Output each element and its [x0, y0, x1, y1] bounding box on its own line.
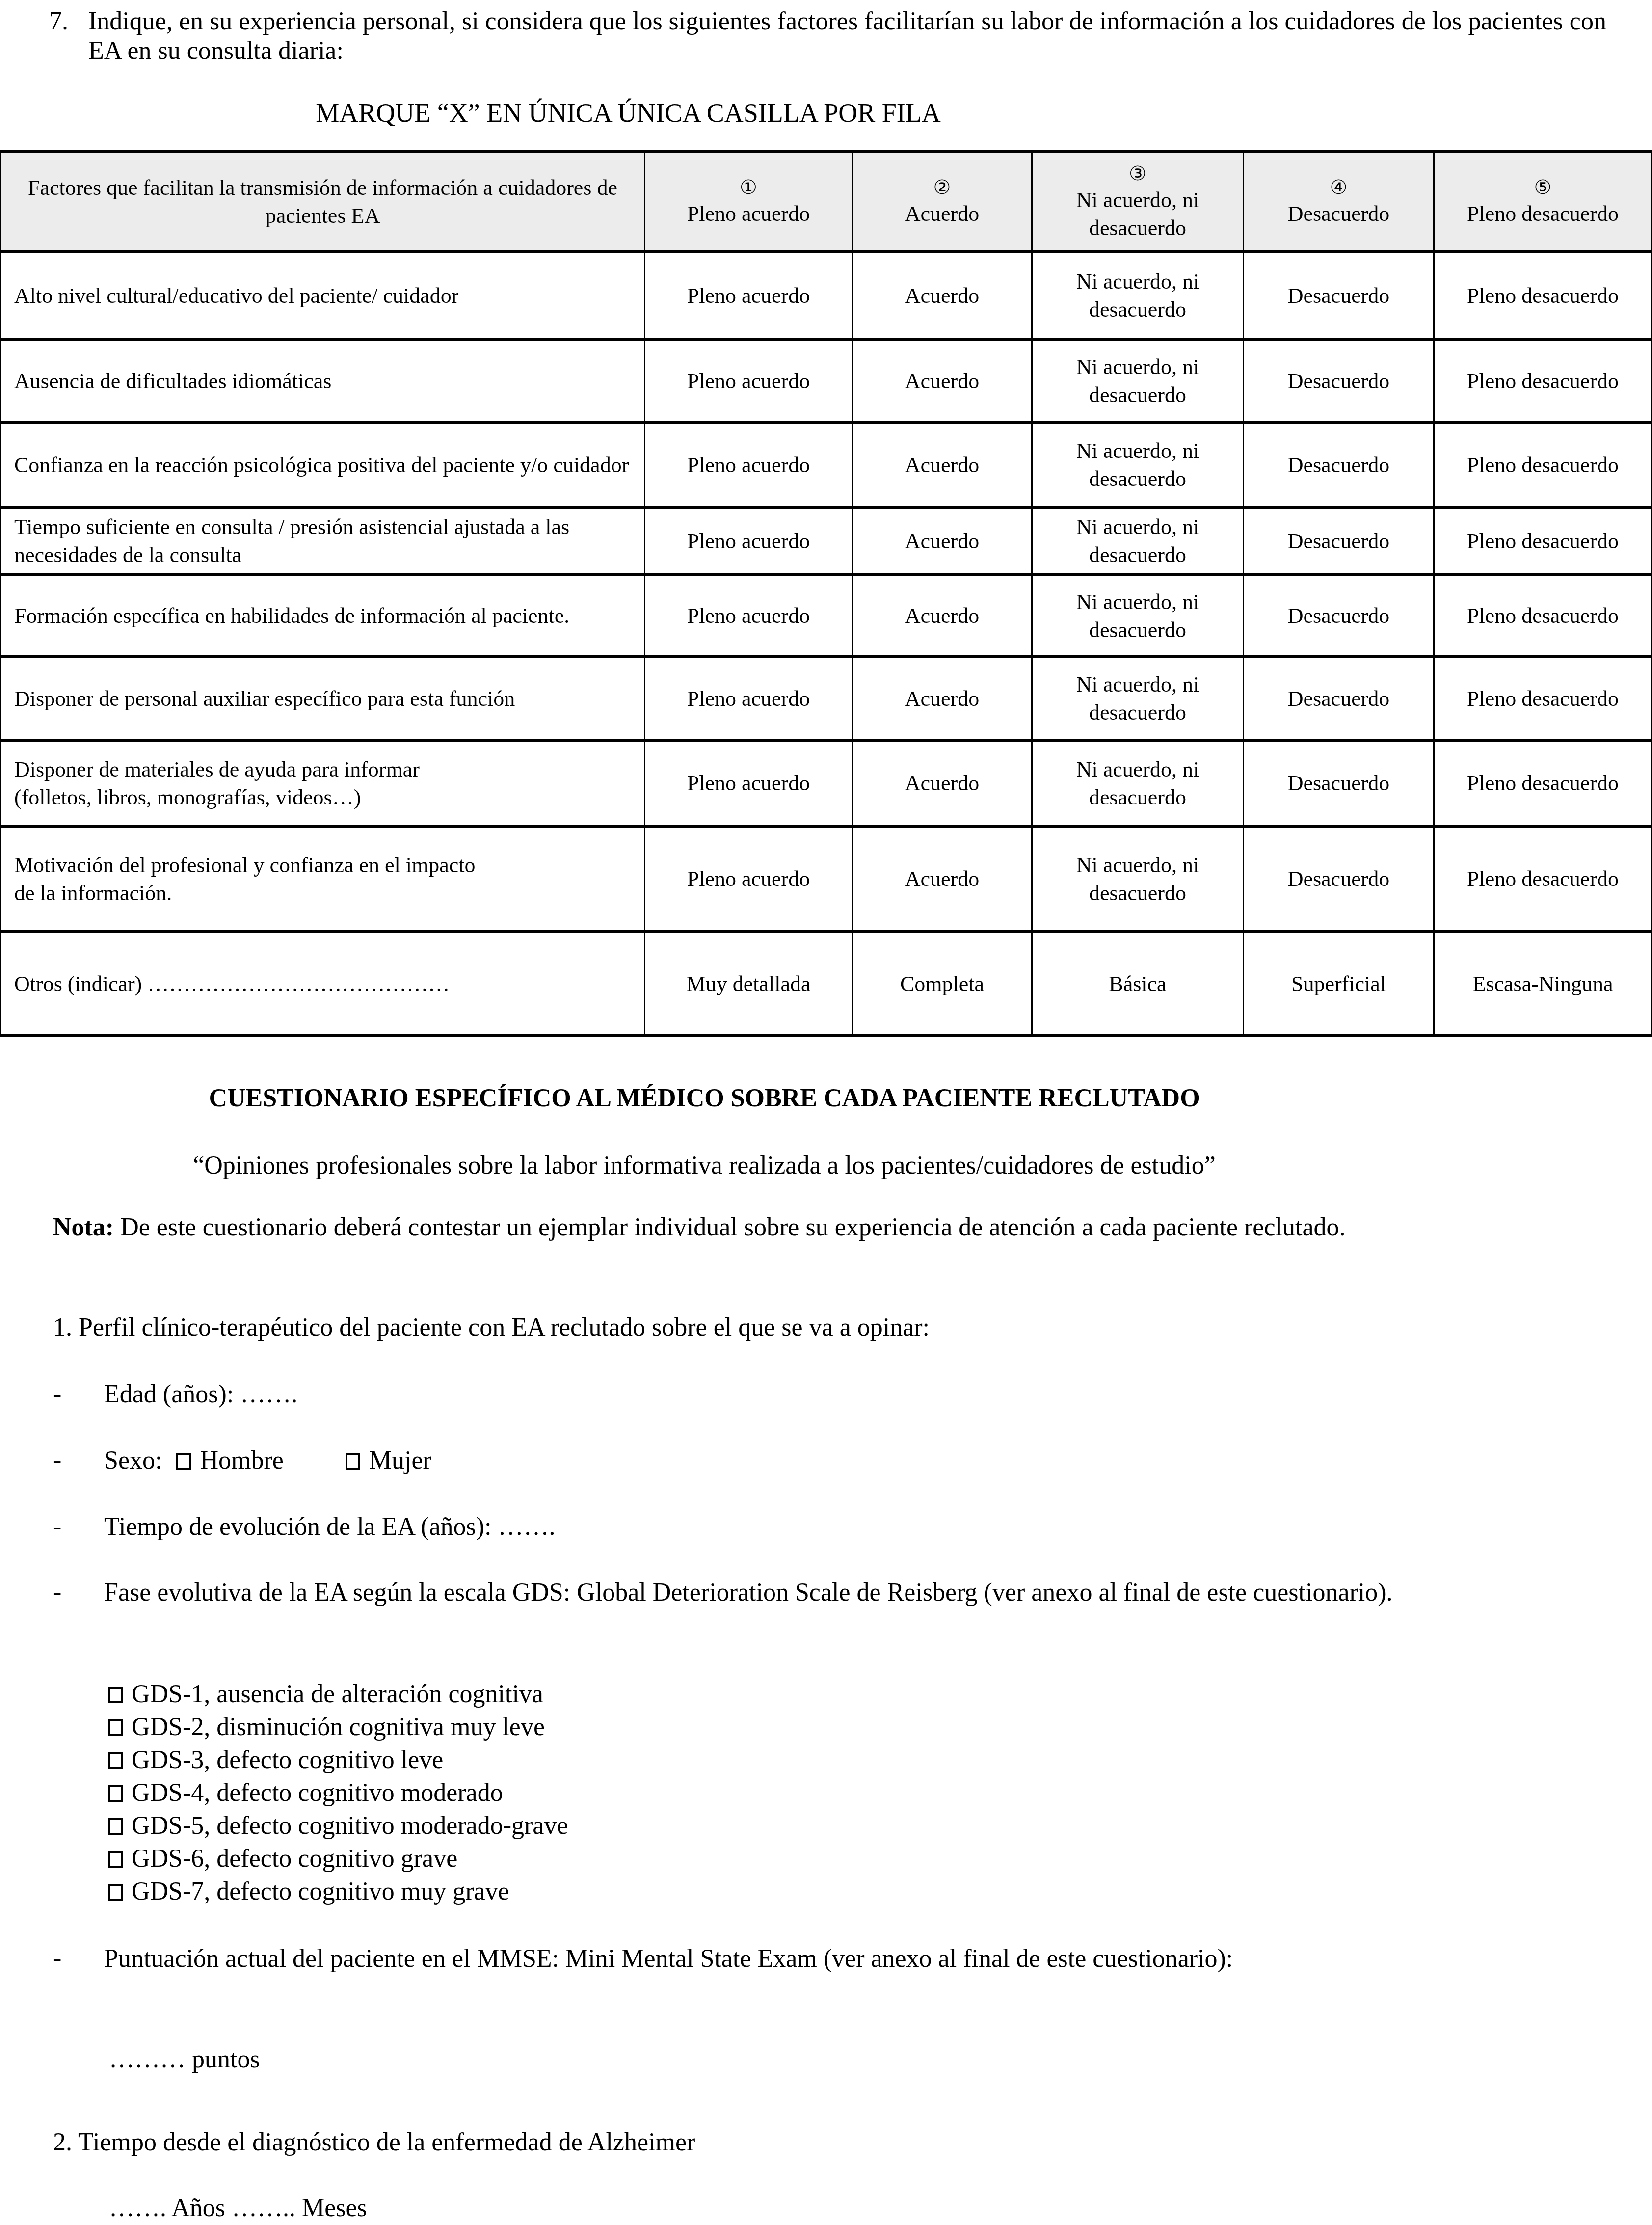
question-number: 7. — [49, 7, 68, 36]
option-cell-2[interactable]: Completa — [853, 932, 1032, 1036]
checkbox-gds-3[interactable] — [108, 1752, 123, 1769]
factor-cell: Formación específica en habilidades de i… — [1, 575, 645, 657]
circled-2-icon: ② — [858, 175, 1026, 200]
gds-option: GDS-5, defecto cognitivo moderado-grave — [108, 1809, 568, 1842]
option-cell-1[interactable]: Pleno acuerdo — [645, 575, 853, 657]
option-cell-3[interactable]: Básica — [1032, 932, 1244, 1036]
gds-option: GDS-7, defecto cognitivo muy grave — [108, 1875, 568, 1908]
option-cell-3[interactable]: Ni acuerdo, ni desacuerdo — [1032, 507, 1244, 575]
option-mujer: Mujer — [369, 1447, 431, 1474]
column-header-5: ⑤Pleno desacuerdo — [1434, 151, 1652, 252]
mmse-score-field[interactable]: ……… puntos — [109, 2043, 260, 2076]
option-cell-1[interactable]: Muy detallada — [645, 932, 853, 1036]
option-cell-3[interactable]: Ni acuerdo, ni desacuerdo — [1032, 423, 1244, 507]
diagnosis-time-field[interactable]: ……. Años …….. Meses — [109, 2192, 367, 2225]
question-text: Indique, en su experiencia personal, si … — [88, 7, 1606, 65]
option-cell-1[interactable]: Pleno acuerdo — [645, 657, 853, 740]
note-paragraph: Nota: De este cuestionario deberá contes… — [53, 1211, 1368, 1244]
instruction-text: MARQUE “X” EN ÚNICA ÚNICA CASILLA POR FI… — [0, 98, 1256, 128]
option-cell-4[interactable]: Desacuerdo — [1244, 339, 1434, 423]
table-row: Disponer de personal auxiliar específico… — [1, 657, 1652, 740]
gds-intro-text: Fase evolutiva de la EA según la escala … — [104, 1577, 1414, 1609]
option-cell-1[interactable]: Pleno acuerdo — [645, 826, 853, 932]
option-cell-4[interactable]: Desacuerdo — [1244, 252, 1434, 339]
checkbox-hombre[interactable] — [176, 1453, 191, 1470]
checkbox-gds-1[interactable] — [108, 1687, 123, 1703]
circled-1-icon: ① — [650, 175, 847, 200]
gds-option: GDS-1, ausencia de alteración cognitiva — [108, 1678, 568, 1711]
column-header-1: ①Pleno acuerdo — [645, 151, 853, 252]
option-cell-2[interactable]: Acuerdo — [853, 507, 1032, 575]
bullet-dash: - — [53, 1445, 61, 1477]
table-row: Formación específica en habilidades de i… — [1, 575, 1652, 657]
section-title: CUESTIONARIO ESPECÍFICO AL MÉDICO SOBRE … — [0, 1084, 1409, 1113]
factor-cell: Confianza en la reacción psicológica pos… — [1, 423, 645, 507]
option-cell-2[interactable]: Acuerdo — [853, 657, 1032, 740]
gds-option-label: GDS-5, defecto cognitivo moderado-grave — [132, 1812, 568, 1840]
option-cell-4[interactable]: Desacuerdo — [1244, 826, 1434, 932]
option-cell-5[interactable]: Escasa-Ninguna — [1434, 932, 1652, 1036]
checkbox-gds-4[interactable] — [108, 1785, 123, 1802]
gds-option: GDS-4, defecto cognitivo moderado — [108, 1776, 568, 1809]
table-row: Tiempo suficiente en consulta / presión … — [1, 507, 1652, 575]
gds-option-label: GDS-2, disminución cognitiva muy leve — [132, 1713, 545, 1741]
factor-cell: Tiempo suficiente en consulta / presión … — [1, 507, 645, 575]
option-cell-2[interactable]: Acuerdo — [853, 575, 1032, 657]
option-cell-3[interactable]: Ni acuerdo, ni desacuerdo — [1032, 740, 1244, 826]
option-cell-3[interactable]: Ni acuerdo, ni desacuerdo — [1032, 252, 1244, 339]
option-cell-2[interactable]: Acuerdo — [853, 339, 1032, 423]
option-cell-5[interactable]: Pleno desacuerdo — [1434, 339, 1652, 423]
gds-options-list: GDS-1, ausencia de alteración cognitivaG… — [108, 1678, 568, 1908]
checkbox-mujer[interactable] — [346, 1453, 360, 1470]
mmse-intro-text: Puntuación actual del paciente en el MMS… — [104, 1943, 1414, 1975]
option-hombre: Hombre — [200, 1447, 283, 1474]
option-cell-1[interactable]: Pleno acuerdo — [645, 423, 853, 507]
age-label[interactable]: Edad (años): ……. — [104, 1378, 1414, 1411]
gds-option-label: GDS-6, defecto cognitivo grave — [132, 1845, 457, 1873]
option-cell-4[interactable]: Desacuerdo — [1244, 575, 1434, 657]
checkbox-gds-6[interactable] — [108, 1851, 123, 1868]
evolution-label[interactable]: Tiempo de evolución de la EA (años): ……. — [104, 1511, 1414, 1543]
option-cell-4[interactable]: Desacuerdo — [1244, 657, 1434, 740]
option-cell-1[interactable]: Pleno acuerdo — [645, 339, 853, 423]
gds-option-label: GDS-1, ausencia de alteración cognitiva — [132, 1680, 543, 1708]
table-row: Disponer de materiales de ayuda para inf… — [1, 740, 1652, 826]
table-row: Confianza en la reacción psicológica pos… — [1, 423, 1652, 507]
option-cell-5[interactable]: Pleno desacuerdo — [1434, 507, 1652, 575]
gds-option: GDS-2, disminución cognitiva muy leve — [108, 1711, 568, 1743]
factor-cell: Disponer de personal auxiliar específico… — [1, 657, 645, 740]
circled-3-icon: ③ — [1038, 161, 1238, 186]
q1-title: 1. Perfil clínico-terapéutico del pacien… — [53, 1312, 1368, 1344]
option-cell-2[interactable]: Acuerdo — [853, 826, 1032, 932]
option-cell-2[interactable]: Acuerdo — [853, 252, 1032, 339]
option-cell-2[interactable]: Acuerdo — [853, 423, 1032, 507]
table-header-row: Factores que facilitan la transmisión de… — [1, 151, 1652, 252]
gds-option: GDS-6, defecto cognitivo grave — [108, 1842, 568, 1875]
note-label: Nota: — [53, 1213, 114, 1241]
option-cell-5[interactable]: Pleno desacuerdo — [1434, 252, 1652, 339]
question-7: 7. Indique, en su experiencia personal, … — [88, 7, 1644, 66]
option-cell-1[interactable]: Pleno acuerdo — [645, 252, 853, 339]
factors-table: Factores que facilitan la transmisión de… — [0, 150, 1652, 1037]
factor-cell: Otros (indicar) …………………………………… — [1, 932, 645, 1036]
table-row: Otros (indicar) ……………………………………Muy detall… — [1, 932, 1652, 1036]
option-cell-1[interactable]: Pleno acuerdo — [645, 740, 853, 826]
table-row: Ausencia de dificultades idiomáticasPlen… — [1, 339, 1652, 423]
bullet-dash: - — [53, 1378, 61, 1411]
option-cell-4[interactable]: Desacuerdo — [1244, 740, 1434, 826]
factor-cell: Motivación del profesional y confianza e… — [1, 826, 645, 932]
option-cell-5[interactable]: Pleno desacuerdo — [1434, 423, 1652, 507]
option-cell-3[interactable]: Ni acuerdo, ni desacuerdo — [1032, 657, 1244, 740]
option-cell-5[interactable]: Pleno desacuerdo — [1434, 657, 1652, 740]
option-cell-3[interactable]: Ni acuerdo, ni desacuerdo — [1032, 339, 1244, 423]
section-subtitle: “Opiniones profesionales sobre la labor … — [0, 1151, 1409, 1180]
option-cell-1[interactable]: Pleno acuerdo — [645, 507, 853, 575]
sex-label: Sexo: — [104, 1447, 162, 1474]
option-cell-3[interactable]: Ni acuerdo, ni desacuerdo — [1032, 575, 1244, 657]
checkbox-gds-5[interactable] — [108, 1818, 123, 1835]
factor-cell: Disponer de materiales de ayuda para inf… — [1, 740, 645, 826]
bullet-dash: - — [53, 1577, 61, 1609]
column-header-3: ③Ni acuerdo, ni desacuerdo — [1032, 151, 1244, 252]
checkbox-gds-7[interactable] — [108, 1884, 123, 1901]
checkbox-gds-2[interactable] — [108, 1719, 123, 1736]
factor-cell: Alto nivel cultural/educativo del pacien… — [1, 252, 645, 339]
option-cell-3[interactable]: Ni acuerdo, ni desacuerdo — [1032, 826, 1244, 932]
column-header-4: ④Desacuerdo — [1244, 151, 1434, 252]
gds-option-label: GDS-3, defecto cognitivo leve — [132, 1746, 443, 1774]
factor-column-header: Factores que facilitan la transmisión de… — [1, 151, 645, 252]
table-row: Motivación del profesional y confianza e… — [1, 826, 1652, 932]
option-cell-2[interactable]: Acuerdo — [853, 740, 1032, 826]
circled-5-icon: ⑤ — [1439, 175, 1646, 200]
option-cell-5[interactable]: Pleno desacuerdo — [1434, 575, 1652, 657]
option-cell-5[interactable]: Pleno desacuerdo — [1434, 826, 1652, 932]
gds-option-label: GDS-4, defecto cognitivo moderado — [132, 1779, 503, 1807]
q2-title: 2. Tiempo desde el diagnóstico de la enf… — [53, 2126, 1368, 2159]
option-cell-4[interactable]: Desacuerdo — [1244, 507, 1434, 575]
factor-cell: Ausencia de dificultades idiomáticas — [1, 339, 645, 423]
gds-option: GDS-3, defecto cognitivo leve — [108, 1743, 568, 1776]
option-cell-4[interactable]: Desacuerdo — [1244, 423, 1434, 507]
option-cell-5[interactable]: Pleno desacuerdo — [1434, 740, 1652, 826]
gds-option-label: GDS-7, defecto cognitivo muy grave — [132, 1877, 509, 1905]
bullet-dash: - — [53, 1943, 61, 1975]
option-cell-4[interactable]: Superficial — [1244, 932, 1434, 1036]
bullet-dash: - — [53, 1511, 61, 1543]
circled-4-icon: ④ — [1249, 175, 1428, 200]
column-header-2: ②Acuerdo — [853, 151, 1032, 252]
note-text: De este cuestionario deberá contestar un… — [114, 1213, 1345, 1241]
table-row: Alto nivel cultural/educativo del pacien… — [1, 252, 1652, 339]
